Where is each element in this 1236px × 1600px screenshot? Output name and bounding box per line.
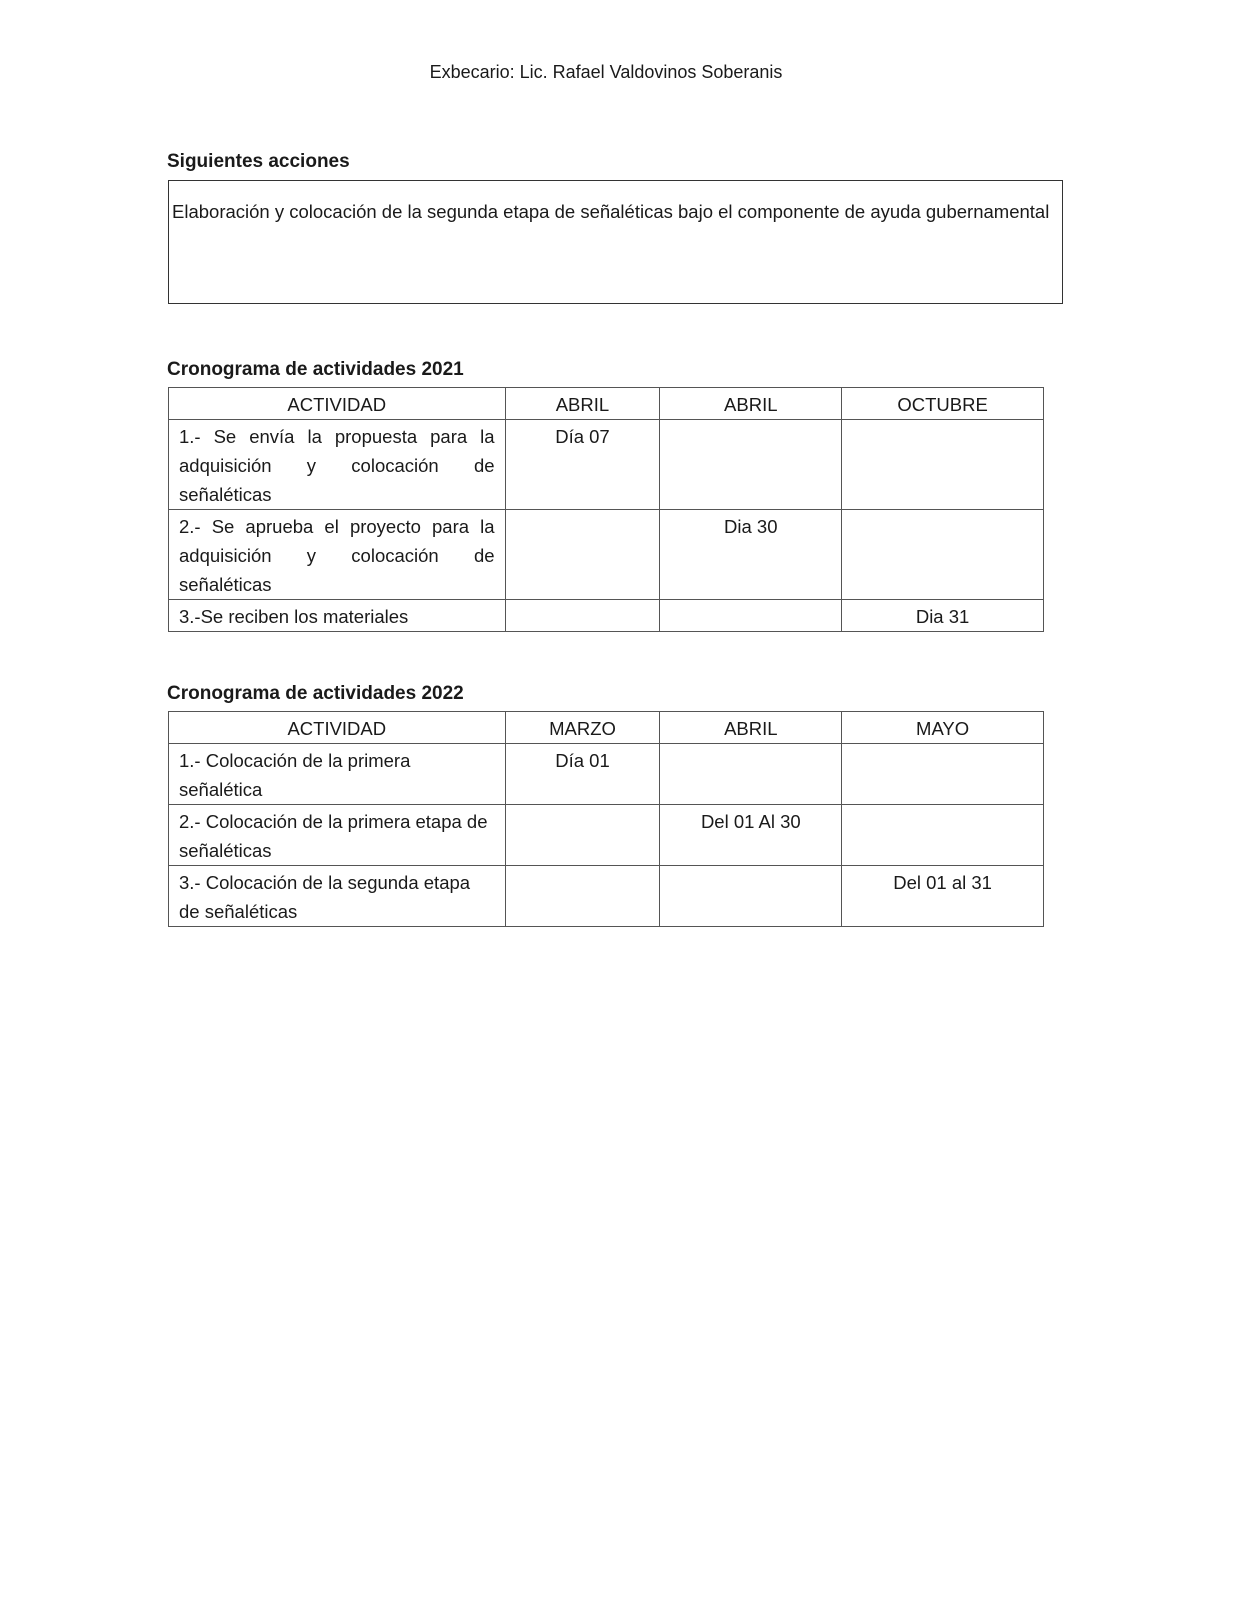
- header-cell: ACTIVIDAD: [169, 712, 506, 744]
- activity-cell: 2.- Colocación de la primera etapa de se…: [169, 805, 506, 866]
- table-row: 3.-Se reciben los materiales Dia 31: [169, 600, 1044, 632]
- date-cell: [505, 805, 660, 866]
- table-row: 2.- Se aprueba el proyecto para la adqui…: [169, 510, 1044, 600]
- date-cell: Dia 31: [842, 600, 1044, 632]
- activity-cell: 3.- Colocación de la segunda etapa de se…: [169, 866, 506, 927]
- date-cell: [842, 510, 1044, 600]
- activity-cell: 3.-Se reciben los materiales: [169, 600, 506, 632]
- date-cell: [505, 510, 660, 600]
- header-cell: MARZO: [505, 712, 660, 744]
- table-row: 3.- Colocación de la segunda etapa de se…: [169, 866, 1044, 927]
- activity-cell: 1.- Se envía la propuesta para la adquis…: [169, 420, 506, 510]
- date-cell: [842, 744, 1044, 805]
- header-cell: OCTUBRE: [842, 388, 1044, 420]
- schedule-2022-title: Cronograma de actividades 2022: [167, 683, 464, 705]
- date-cell: [660, 744, 842, 805]
- date-cell: [660, 420, 842, 510]
- schedule-2021-table: ACTIVIDAD ABRIL ABRIL OCTUBRE 1.- Se env…: [168, 387, 1044, 632]
- date-cell: [842, 805, 1044, 866]
- header-cell: ABRIL: [660, 388, 842, 420]
- table-header-row: ACTIVIDAD ABRIL ABRIL OCTUBRE: [169, 388, 1044, 420]
- schedule-2022-table: ACTIVIDAD MARZO ABRIL MAYO 1.- Colocació…: [168, 711, 1044, 927]
- date-cell: Día 07: [505, 420, 660, 510]
- header-cell: ABRIL: [660, 712, 842, 744]
- schedule-2021-title: Cronograma de actividades 2021: [167, 359, 464, 381]
- activity-cell: 1.- Colocación de la primera señalética: [169, 744, 506, 805]
- date-cell: [505, 600, 660, 632]
- table-header-row: ACTIVIDAD MARZO ABRIL MAYO: [169, 712, 1044, 744]
- header-cell: MAYO: [842, 712, 1044, 744]
- date-cell: [842, 420, 1044, 510]
- table-row: 1.- Colocación de la primera señalética …: [169, 744, 1044, 805]
- date-cell: [660, 600, 842, 632]
- date-cell: Del 01 al 31: [842, 866, 1044, 927]
- next-actions-text: Elaboración y colocación de la segunda e…: [172, 201, 1049, 222]
- table-row: 2.- Colocación de la primera etapa de se…: [169, 805, 1044, 866]
- date-cell: [505, 866, 660, 927]
- next-actions-box: Elaboración y colocación de la segunda e…: [168, 180, 1063, 304]
- table-row: 1.- Se envía la propuesta para la adquis…: [169, 420, 1044, 510]
- activity-cell: 2.- Se aprueba el proyecto para la adqui…: [169, 510, 506, 600]
- next-actions-title: Siguientes acciones: [167, 151, 350, 173]
- header-cell: ABRIL: [505, 388, 660, 420]
- header-cell: ACTIVIDAD: [169, 388, 506, 420]
- date-cell: Del 01 Al 30: [660, 805, 842, 866]
- date-cell: Dia 30: [660, 510, 842, 600]
- date-cell: [660, 866, 842, 927]
- page-header: Exbecario: Lic. Rafael Valdovinos Sobera…: [0, 62, 1212, 83]
- date-cell: Día 01: [505, 744, 660, 805]
